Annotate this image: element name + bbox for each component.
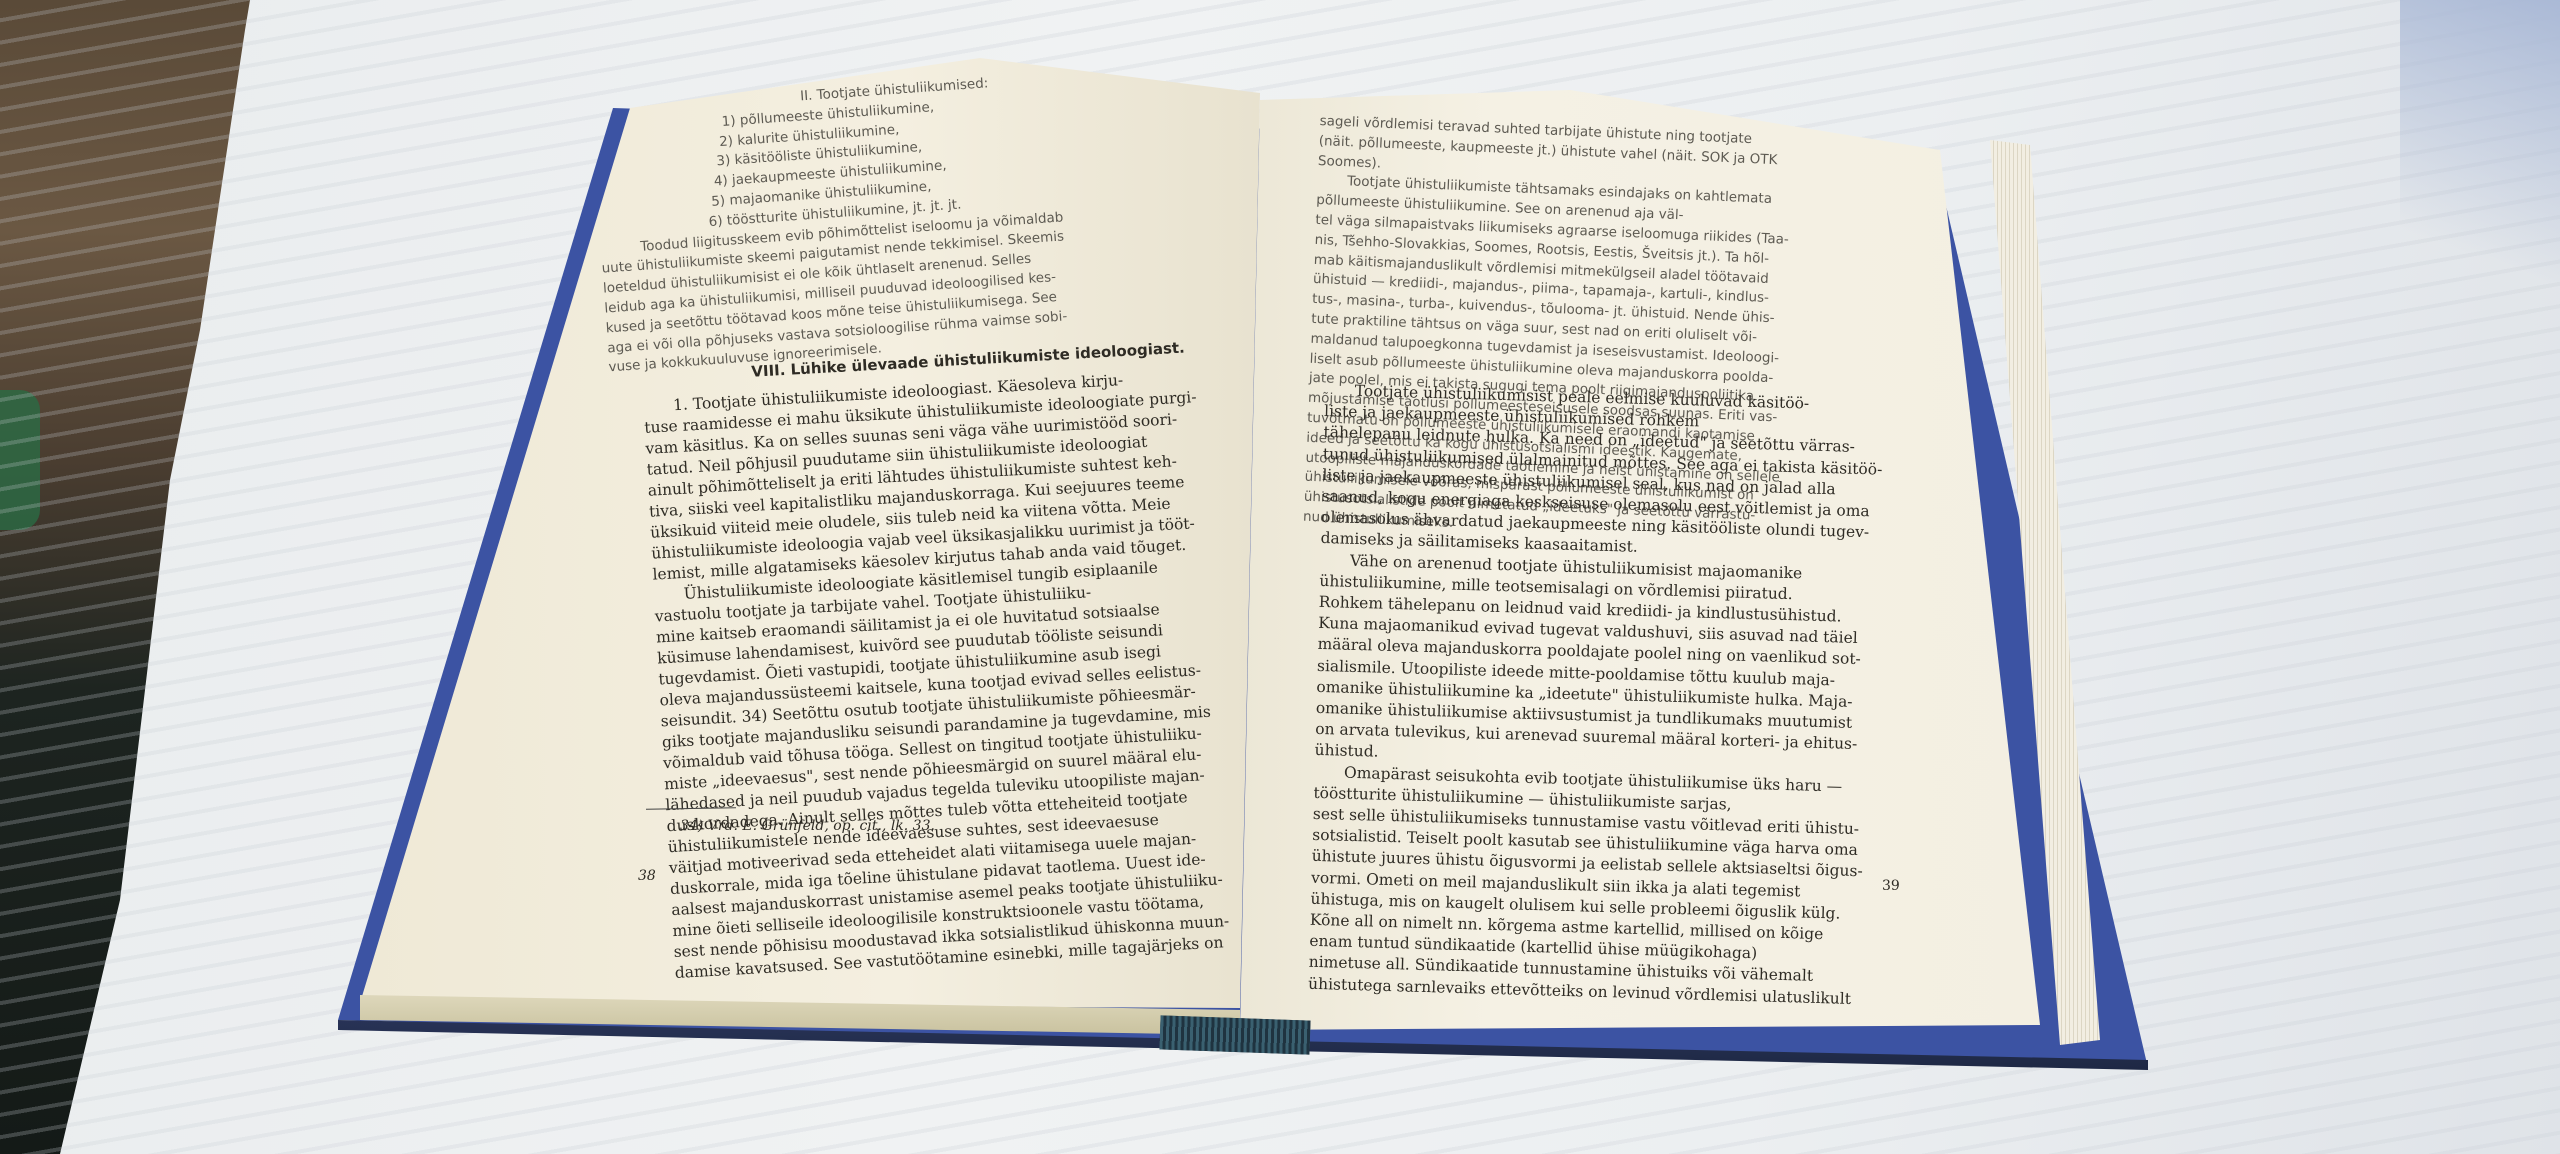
footnote: 34) Vrd. E. Grünfeld, op. cit., lk. 33.: [680, 818, 935, 834]
left-page-main-block: VIII. Lühike ülevaade ühistuliikumiste i…: [640, 319, 1231, 984]
right-page-main-block: Tootjate ühistuliikumisist peale eelmise…: [1308, 380, 1885, 1010]
blue-shadow: [2400, 0, 2560, 300]
ribbon-bookmark[interactable]: [1159, 1015, 1310, 1054]
page-number-left: 38: [638, 868, 656, 884]
right-body-text: Tootjate ühistuliikumisist peale eelmise…: [1308, 380, 1885, 1010]
page-number-right: 39: [1882, 878, 1900, 894]
left-body-text: 1. Tootjate ühistuliikumiste ideoloogias…: [643, 366, 1231, 984]
